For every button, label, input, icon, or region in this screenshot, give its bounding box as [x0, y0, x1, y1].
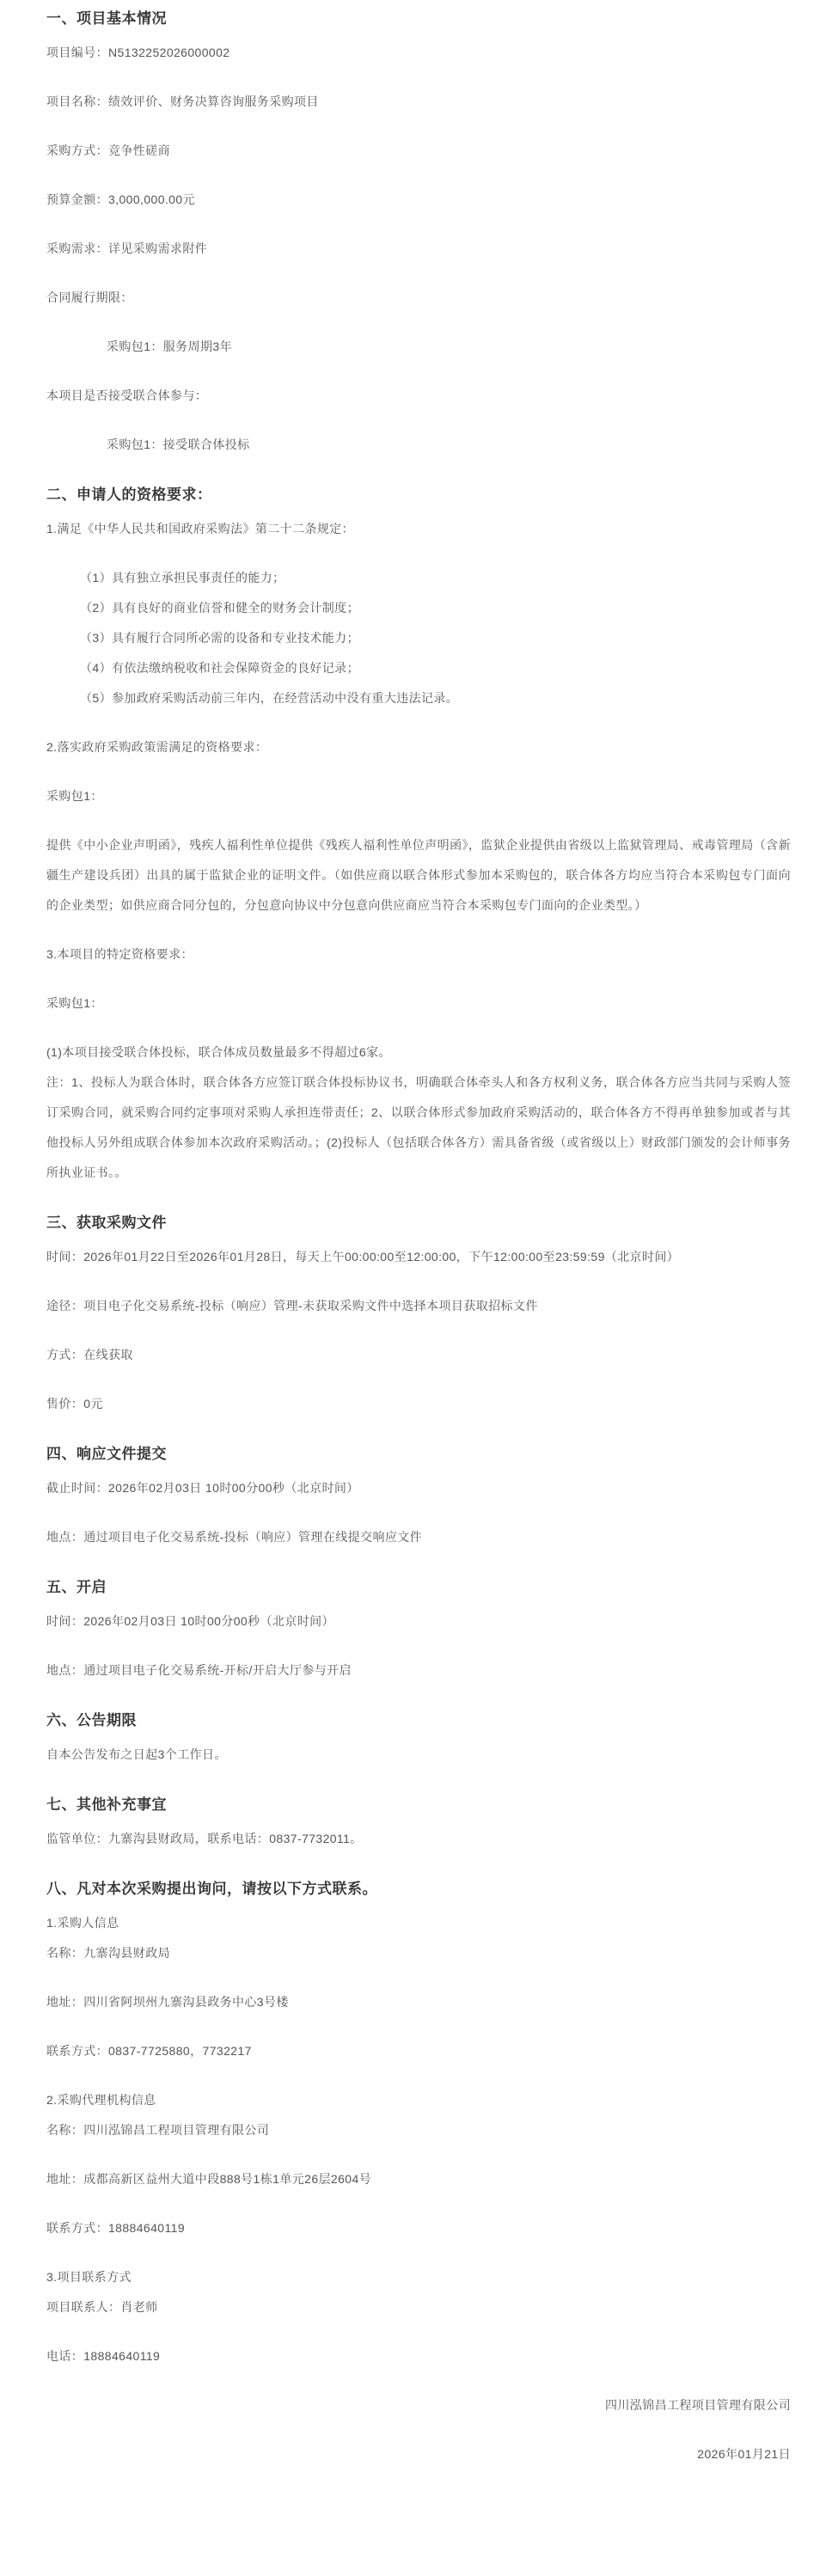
qualification-item1-intro-row: 1.满足《中华人民共和国政府采购法》第二十二条规定： — [46, 514, 791, 544]
package1-label-row-2: 采购包1： — [46, 988, 791, 1019]
section-submission-heading: 四、响应文件提交 — [46, 1438, 791, 1471]
notice-period-content-row: 自本公告发布之日起3个工作日。 — [46, 1740, 791, 1770]
consortium-question-row: 本项目是否接受联合体参与： — [46, 381, 791, 411]
section-notice-period-heading: 六、公告期限 — [46, 1704, 791, 1737]
project-name-row: 项目名称：绩效评价、财务决算咨询服务采购项目 — [46, 87, 791, 117]
purchaser-phone-row: 联系方式：0837-7725880，7732217 — [46, 2036, 791, 2066]
qualification-item3-intro-row: 3.本项目的特定资格要求： — [46, 939, 791, 970]
purchaser-info-label: 1.采购人信息 — [46, 1908, 791, 1938]
package1-label-row: 采购包1： — [46, 781, 791, 811]
footer-company-signature: 四川泓锦昌工程项目管理有限公司 — [46, 2390, 791, 2420]
procurement-demand-row: 采购需求：详见采购需求附件 — [46, 234, 791, 264]
opening-time-row: 时间：2026年02月03日 10时00分00秒（北京时间） — [46, 1606, 791, 1637]
agency-info-label: 2.采购代理机构信息 — [46, 2085, 791, 2115]
submission-deadline-row: 截止时间：2026年02月03日 10时00分00秒（北京时间） — [46, 1473, 791, 1503]
specific-qualification-row: (1)本项目接受联合体投标，联合体成员数量最多不得超过6家。 — [46, 1037, 791, 1068]
section-other-heading: 七、其他补充事宜 — [46, 1789, 791, 1821]
purchaser-name-row: 名称：九寨沟县财政局 — [46, 1938, 791, 1968]
consortium-package-row: 采购包1：接受联合体投标 — [46, 430, 791, 460]
section-qualification-heading: 二、申请人的资格要求： — [46, 479, 791, 511]
law-requirement-list: （1）具有独立承担民事责任的能力； （2）具有良好的商业信誉和健全的财务会计制度… — [46, 563, 791, 713]
obtain-time-row: 时间：2026年01月22日至2026年01月28日，每天上午00:00:00至… — [46, 1242, 791, 1272]
project-contact-phone-row: 电话：18884640119 — [46, 2341, 791, 2371]
submission-place-row: 地点：通过项目电子化交易系统-投标（响应）管理在线提交响应文件 — [46, 1522, 791, 1552]
law-item-2: （2）具有良好的商业信誉和健全的财务会计制度； — [46, 593, 791, 623]
project-contact-label: 3.项目联系方式 — [46, 2262, 791, 2292]
contract-period-package-row: 采购包1：服务周期3年 — [46, 332, 791, 362]
qualification-item2-intro-row: 2.落实政府采购政策需满足的资格要求： — [46, 732, 791, 762]
law-item-4: （4）有依法缴纳税收和社会保障资金的良好记录； — [46, 653, 791, 683]
agency-name-row: 名称：四川泓锦昌工程项目管理有限公司 — [46, 2115, 791, 2145]
specific-qualification-note: 注：1、投标人为联合体时，联合体各方应签订联合体投标协议书，明确联合体牵头人和各… — [46, 1068, 791, 1188]
project-number-row: 项目编号：N5132252026000002 — [46, 38, 791, 68]
obtain-method-row: 方式：在线获取 — [46, 1340, 791, 1370]
law-item-3: （3）具有履行合同所必需的设备和专业技术能力； — [46, 623, 791, 653]
agency-address-row: 地址：成都高新区益州大道中段888号1栋1单元26层2604号 — [46, 2164, 791, 2194]
section-basic-heading: 一、项目基本情况 — [46, 3, 791, 35]
agency-phone-row: 联系方式：18884640119 — [46, 2213, 791, 2243]
project-contact-person-row: 项目联系人：肖老师 — [46, 2292, 791, 2322]
law-item-1: （1）具有独立承担民事责任的能力； — [46, 563, 791, 593]
policy-requirement-paragraph: 提供《中小企业声明函》，残疾人福利性单位提供《残疾人福利性单位声明函》，监狱企业… — [46, 830, 791, 921]
footer-date: 2026年01月21日 — [46, 2439, 791, 2469]
supervisor-row: 监管单位：九寨沟县财政局，联系电话：0837-7732011。 — [46, 1824, 791, 1854]
procurement-method-row: 采购方式：竞争性磋商 — [46, 136, 791, 166]
contract-period-label-row: 合同履行期限： — [46, 283, 791, 313]
obtain-path-row: 途径：项目电子化交易系统-投标（响应）管理-未获取采购文件中选择本项目获取招标文… — [46, 1291, 791, 1321]
section-opening-heading: 五、开启 — [46, 1571, 791, 1604]
opening-place-row: 地点：通过项目电子化交易系统-开标/开启大厅参与开启 — [46, 1655, 791, 1686]
procurement-notice-document: 一、项目基本情况 项目编号：N5132252026000002 项目名称：绩效评… — [0, 0, 826, 2576]
budget-amount-row: 预算金额：3,000,000.00元 — [46, 185, 791, 215]
section-contacts-heading: 八、凡对本次采购提出询问，请按以下方式联系。 — [46, 1873, 791, 1906]
obtain-price-row: 售价：0元 — [46, 1389, 791, 1419]
purchaser-address-row: 地址：四川省阿坝州九寨沟县政务中心3号楼 — [46, 1987, 791, 2017]
law-item-5: （5）参加政府采购活动前三年内，在经营活动中没有重大违法记录。 — [46, 683, 791, 713]
section-obtain-heading: 三、获取采购文件 — [46, 1207, 791, 1239]
